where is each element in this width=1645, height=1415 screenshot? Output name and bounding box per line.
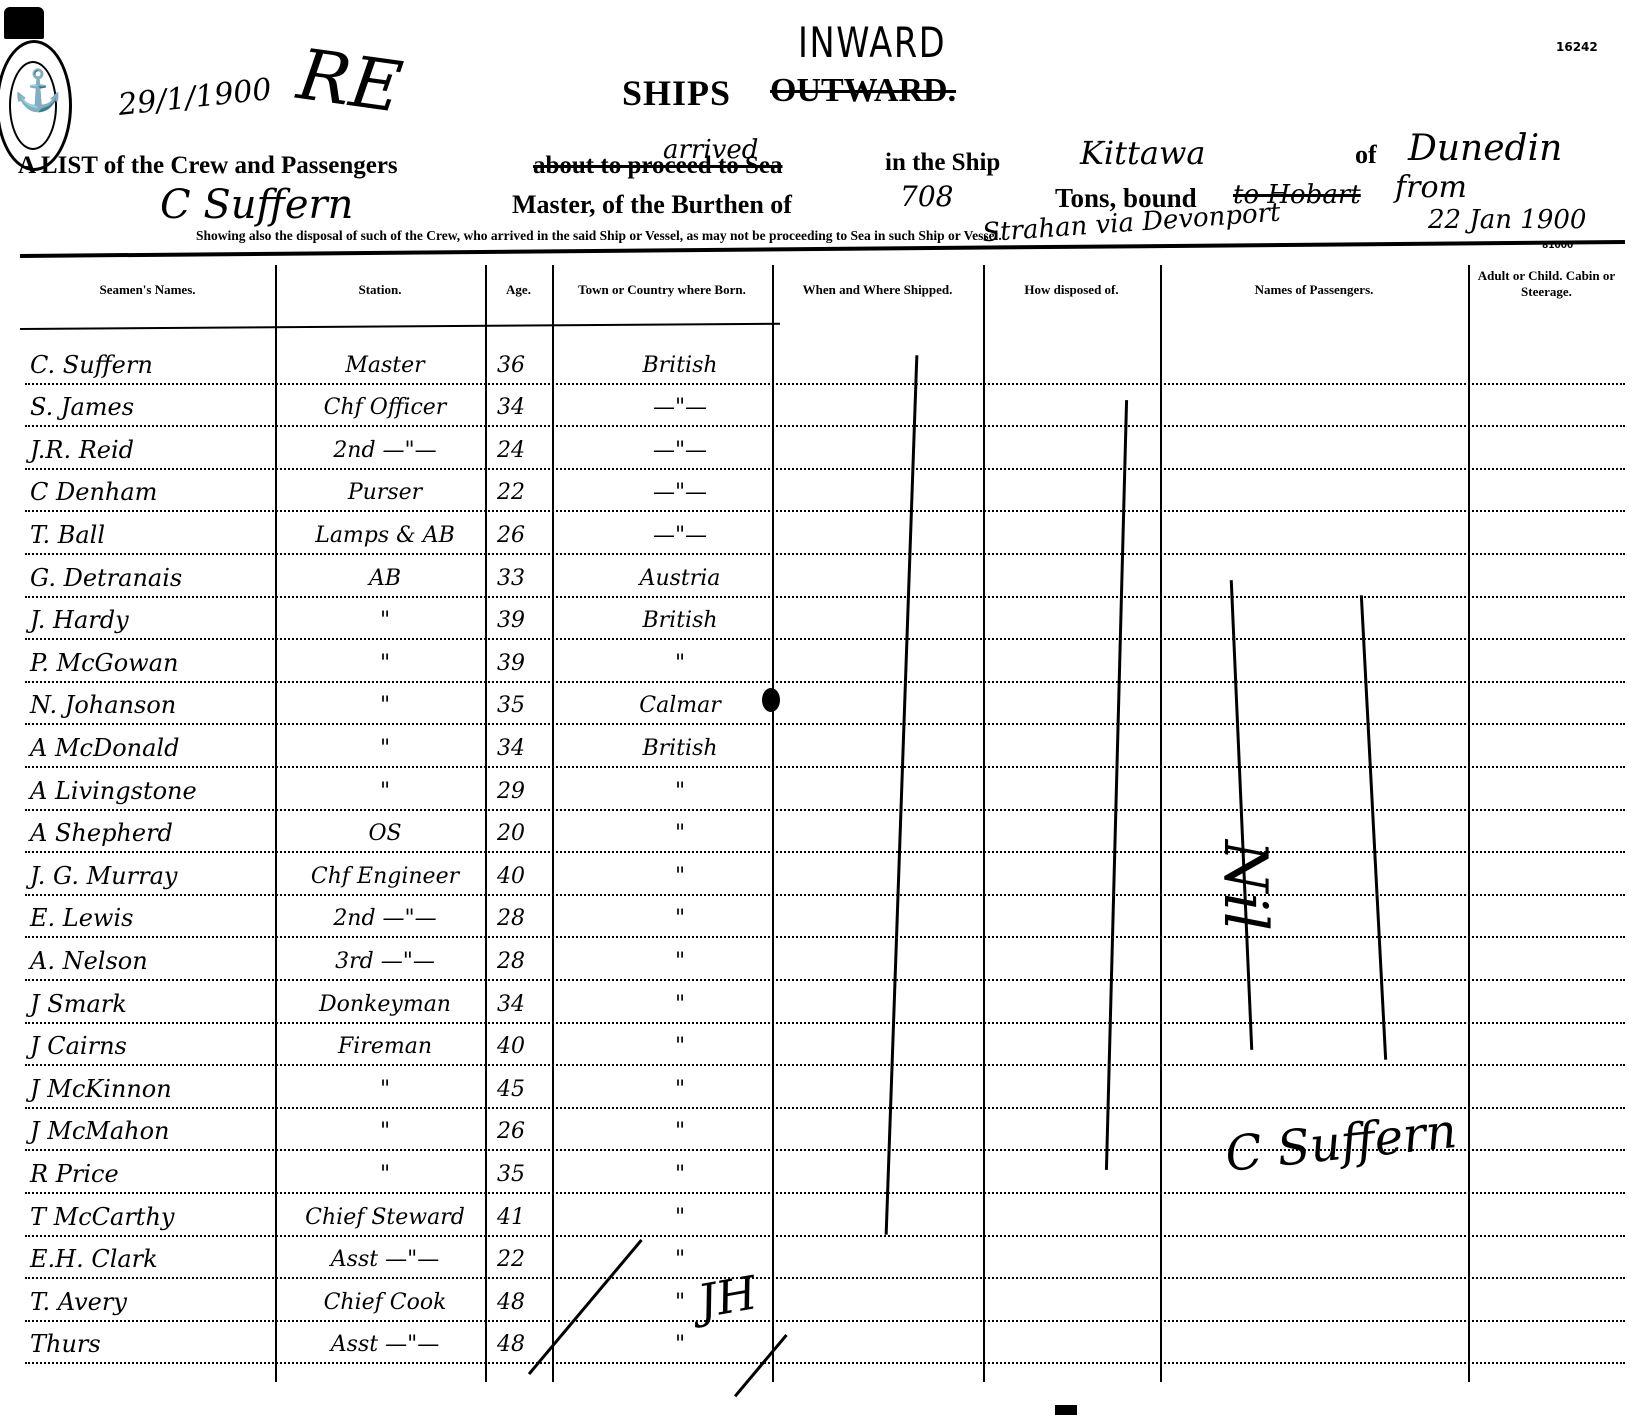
form-number: 16242 [1556, 40, 1598, 54]
age: 48 [497, 1332, 525, 1357]
station: " [300, 1162, 470, 1187]
seaman-name: T McCarthy [30, 1203, 174, 1231]
passengers-nil: Nil [1210, 840, 1280, 931]
age: 34 [497, 395, 525, 420]
struck-phrase: about to proceed to Sea [533, 152, 783, 180]
age: 39 [497, 651, 525, 676]
birthplace: " [605, 1205, 755, 1230]
station: " [300, 693, 470, 718]
birthplace: " [605, 1162, 755, 1187]
station: AB [300, 566, 470, 591]
in-the-ship-label: in the Ship [885, 149, 1000, 177]
page-title: SHIPS [622, 72, 731, 114]
row-rule [25, 894, 1625, 896]
seaman-name: G. Detranais [30, 564, 182, 592]
age: 26 [497, 1119, 525, 1144]
row-rule [25, 383, 1625, 385]
station: Fireman [300, 1034, 470, 1059]
subtitle: Showing also the disposal of such of the… [196, 228, 1002, 244]
birthplace: British [605, 736, 755, 761]
seaman-name: S. James [30, 393, 134, 421]
column-header-passengers: Names of Passengers. [1160, 282, 1468, 298]
age: 40 [497, 1034, 525, 1059]
station: " [300, 736, 470, 761]
header-separator [20, 323, 780, 330]
birthplace: " [605, 949, 755, 974]
station: Chief Cook [300, 1290, 470, 1315]
seaman-name: T. Ball [30, 521, 105, 549]
official-initials: RE [293, 33, 407, 129]
row-rule [25, 1362, 1625, 1364]
declaration-prefix: A LIST of the Crew and Passengers [18, 152, 398, 180]
row-rule [25, 809, 1625, 811]
birthplace: —"— [605, 480, 755, 505]
age: 45 [497, 1077, 525, 1102]
birthplace: " [605, 864, 755, 889]
age: 29 [497, 779, 525, 804]
age: 20 [497, 821, 525, 846]
age: 35 [497, 693, 525, 718]
station: " [300, 651, 470, 676]
row-rule [25, 1277, 1625, 1279]
birthplace: British [605, 608, 755, 633]
anchor-icon: ⚓ [13, 71, 63, 111]
birthplace: —"— [605, 523, 755, 548]
column-header-born: Town or Country where Born. [552, 282, 772, 298]
birthplace: Austria [605, 566, 755, 591]
station: Chf Engineer [300, 864, 470, 889]
station: Master [300, 353, 470, 378]
station: " [300, 779, 470, 804]
column-header-adult-child: Adult or Child. Cabin or Steerage. [1468, 268, 1625, 299]
station: Lamps & AB [300, 523, 470, 548]
row-rule [25, 723, 1625, 725]
seaman-name: J Cairns [30, 1032, 127, 1060]
nil-bracket-right [1360, 595, 1387, 1060]
birthplace: " [605, 1077, 755, 1102]
station: 3rd —"— [300, 949, 470, 974]
birthplace: Calmar [605, 693, 755, 718]
master-label: Master, of the Burthen of [512, 190, 792, 220]
age: 39 [497, 608, 525, 633]
seaman-name: J. Hardy [30, 606, 129, 634]
seaman-name: A Shepherd [30, 819, 173, 847]
column-divider [772, 265, 774, 1382]
station: Purser [300, 480, 470, 505]
age: 28 [497, 949, 525, 974]
birthplace: " [605, 821, 755, 846]
column-divider [1160, 265, 1162, 1382]
row-rule [25, 766, 1625, 768]
column-divider [983, 265, 985, 1382]
seaman-name: J. G. Murray [30, 862, 177, 890]
seaman-name: J McKinnon [30, 1075, 172, 1103]
station: Chief Steward [300, 1205, 470, 1230]
row-rule [25, 1235, 1625, 1237]
age: 22 [497, 1247, 525, 1272]
column-header-station: Station. [275, 282, 485, 298]
seaman-name: E.H. Clark [30, 1245, 158, 1273]
port-of-registry: Dunedin [1408, 128, 1562, 169]
station: " [300, 1077, 470, 1102]
birthplace: —"— [605, 438, 755, 463]
row-rule [25, 468, 1625, 470]
station: " [300, 1119, 470, 1144]
age: 26 [497, 523, 525, 548]
age: 34 [497, 992, 525, 1017]
station: 2nd —"— [300, 438, 470, 463]
birthplace: " [605, 1119, 755, 1144]
seaman-name: J Smark [30, 990, 127, 1018]
seaman-name: J McMahon [30, 1117, 170, 1145]
title-struck-outward: OUTWARD. [770, 72, 956, 110]
birthplace: British [605, 353, 755, 378]
station: " [300, 608, 470, 633]
row-rule [25, 596, 1625, 598]
column-header-age: Age. [485, 282, 552, 298]
age: 41 [497, 1205, 525, 1230]
row-rule [25, 851, 1625, 853]
age: 36 [497, 353, 525, 378]
row-rule [25, 681, 1625, 683]
station: 2nd —"— [300, 906, 470, 931]
birthplace: " [605, 906, 755, 931]
row-rule [25, 1320, 1625, 1322]
seaman-name: A Livingstone [30, 777, 197, 805]
row-rule [25, 425, 1625, 427]
seaman-name: A McDonald [30, 734, 179, 762]
age: 40 [497, 864, 525, 889]
column-divider [485, 265, 487, 1382]
column-header-disposed: How disposed of. [983, 282, 1160, 298]
ship-name: Kittawa [1080, 134, 1205, 172]
row-rule [25, 979, 1625, 981]
seaman-name: T. Avery [30, 1288, 127, 1316]
age: 28 [497, 906, 525, 931]
of-label: of [1355, 140, 1377, 170]
age: 35 [497, 1162, 525, 1187]
station: Asst —"— [300, 1247, 470, 1272]
row-rule [25, 1192, 1625, 1194]
row-rule [25, 638, 1625, 640]
title-handwritten-inward: INWARD [798, 18, 946, 67]
station: Donkeyman [300, 992, 470, 1017]
seaman-name: C Denham [30, 478, 157, 506]
age: 48 [497, 1290, 525, 1315]
column-divider [552, 265, 554, 1382]
station: Asst —"— [300, 1332, 470, 1357]
seaman-name: Thurs [30, 1330, 101, 1358]
column-header-shipped: When and Where Shipped. [772, 282, 983, 298]
crown-icon [4, 7, 44, 39]
row-rule [25, 1064, 1625, 1066]
arrival-date: 22 Jan 1900 [1428, 205, 1586, 235]
seaman-name: P. McGowan [30, 649, 179, 677]
stamp-date: 29/1/1900 [117, 72, 274, 123]
birthplace: " [605, 992, 755, 1017]
master-name: C Suffern [160, 182, 353, 228]
column-header-seamen-names: Seamen's Names. [20, 282, 275, 298]
birthplace: " [605, 1332, 755, 1357]
column-divider [1468, 265, 1470, 1382]
seaman-name: N. Johanson [30, 691, 176, 719]
row-rule [25, 553, 1625, 555]
row-rule [25, 1107, 1625, 1109]
age: 24 [497, 438, 525, 463]
column-divider [275, 265, 277, 1382]
station: OS [300, 821, 470, 846]
bottom-initials: JH [694, 1265, 761, 1328]
tonnage: 708 [900, 180, 953, 213]
master-signature: C Suffern [1223, 1103, 1460, 1183]
seaman-name: C. Suffern [30, 351, 153, 379]
from-word: from [1395, 170, 1467, 205]
scan-mark [1055, 1405, 1077, 1415]
seaman-name: R Price [30, 1160, 119, 1188]
birthplace: " [605, 779, 755, 804]
age: 34 [497, 736, 525, 761]
ink-blot [762, 688, 780, 712]
seaman-name: E. Lewis [30, 904, 133, 932]
ditto-stroke-disposed [1105, 400, 1128, 1170]
row-rule [25, 510, 1625, 512]
age: 33 [497, 566, 525, 591]
row-rule [25, 936, 1625, 938]
birthplace: " [605, 651, 755, 676]
station: Chf Officer [300, 395, 470, 420]
seaman-name: J.R. Reid [30, 436, 134, 464]
seaman-name: A. Nelson [30, 947, 148, 975]
birthplace: —"— [605, 395, 755, 420]
age: 22 [497, 480, 525, 505]
birthplace: " [605, 1034, 755, 1059]
ditto-stroke-shipped [885, 355, 919, 1235]
